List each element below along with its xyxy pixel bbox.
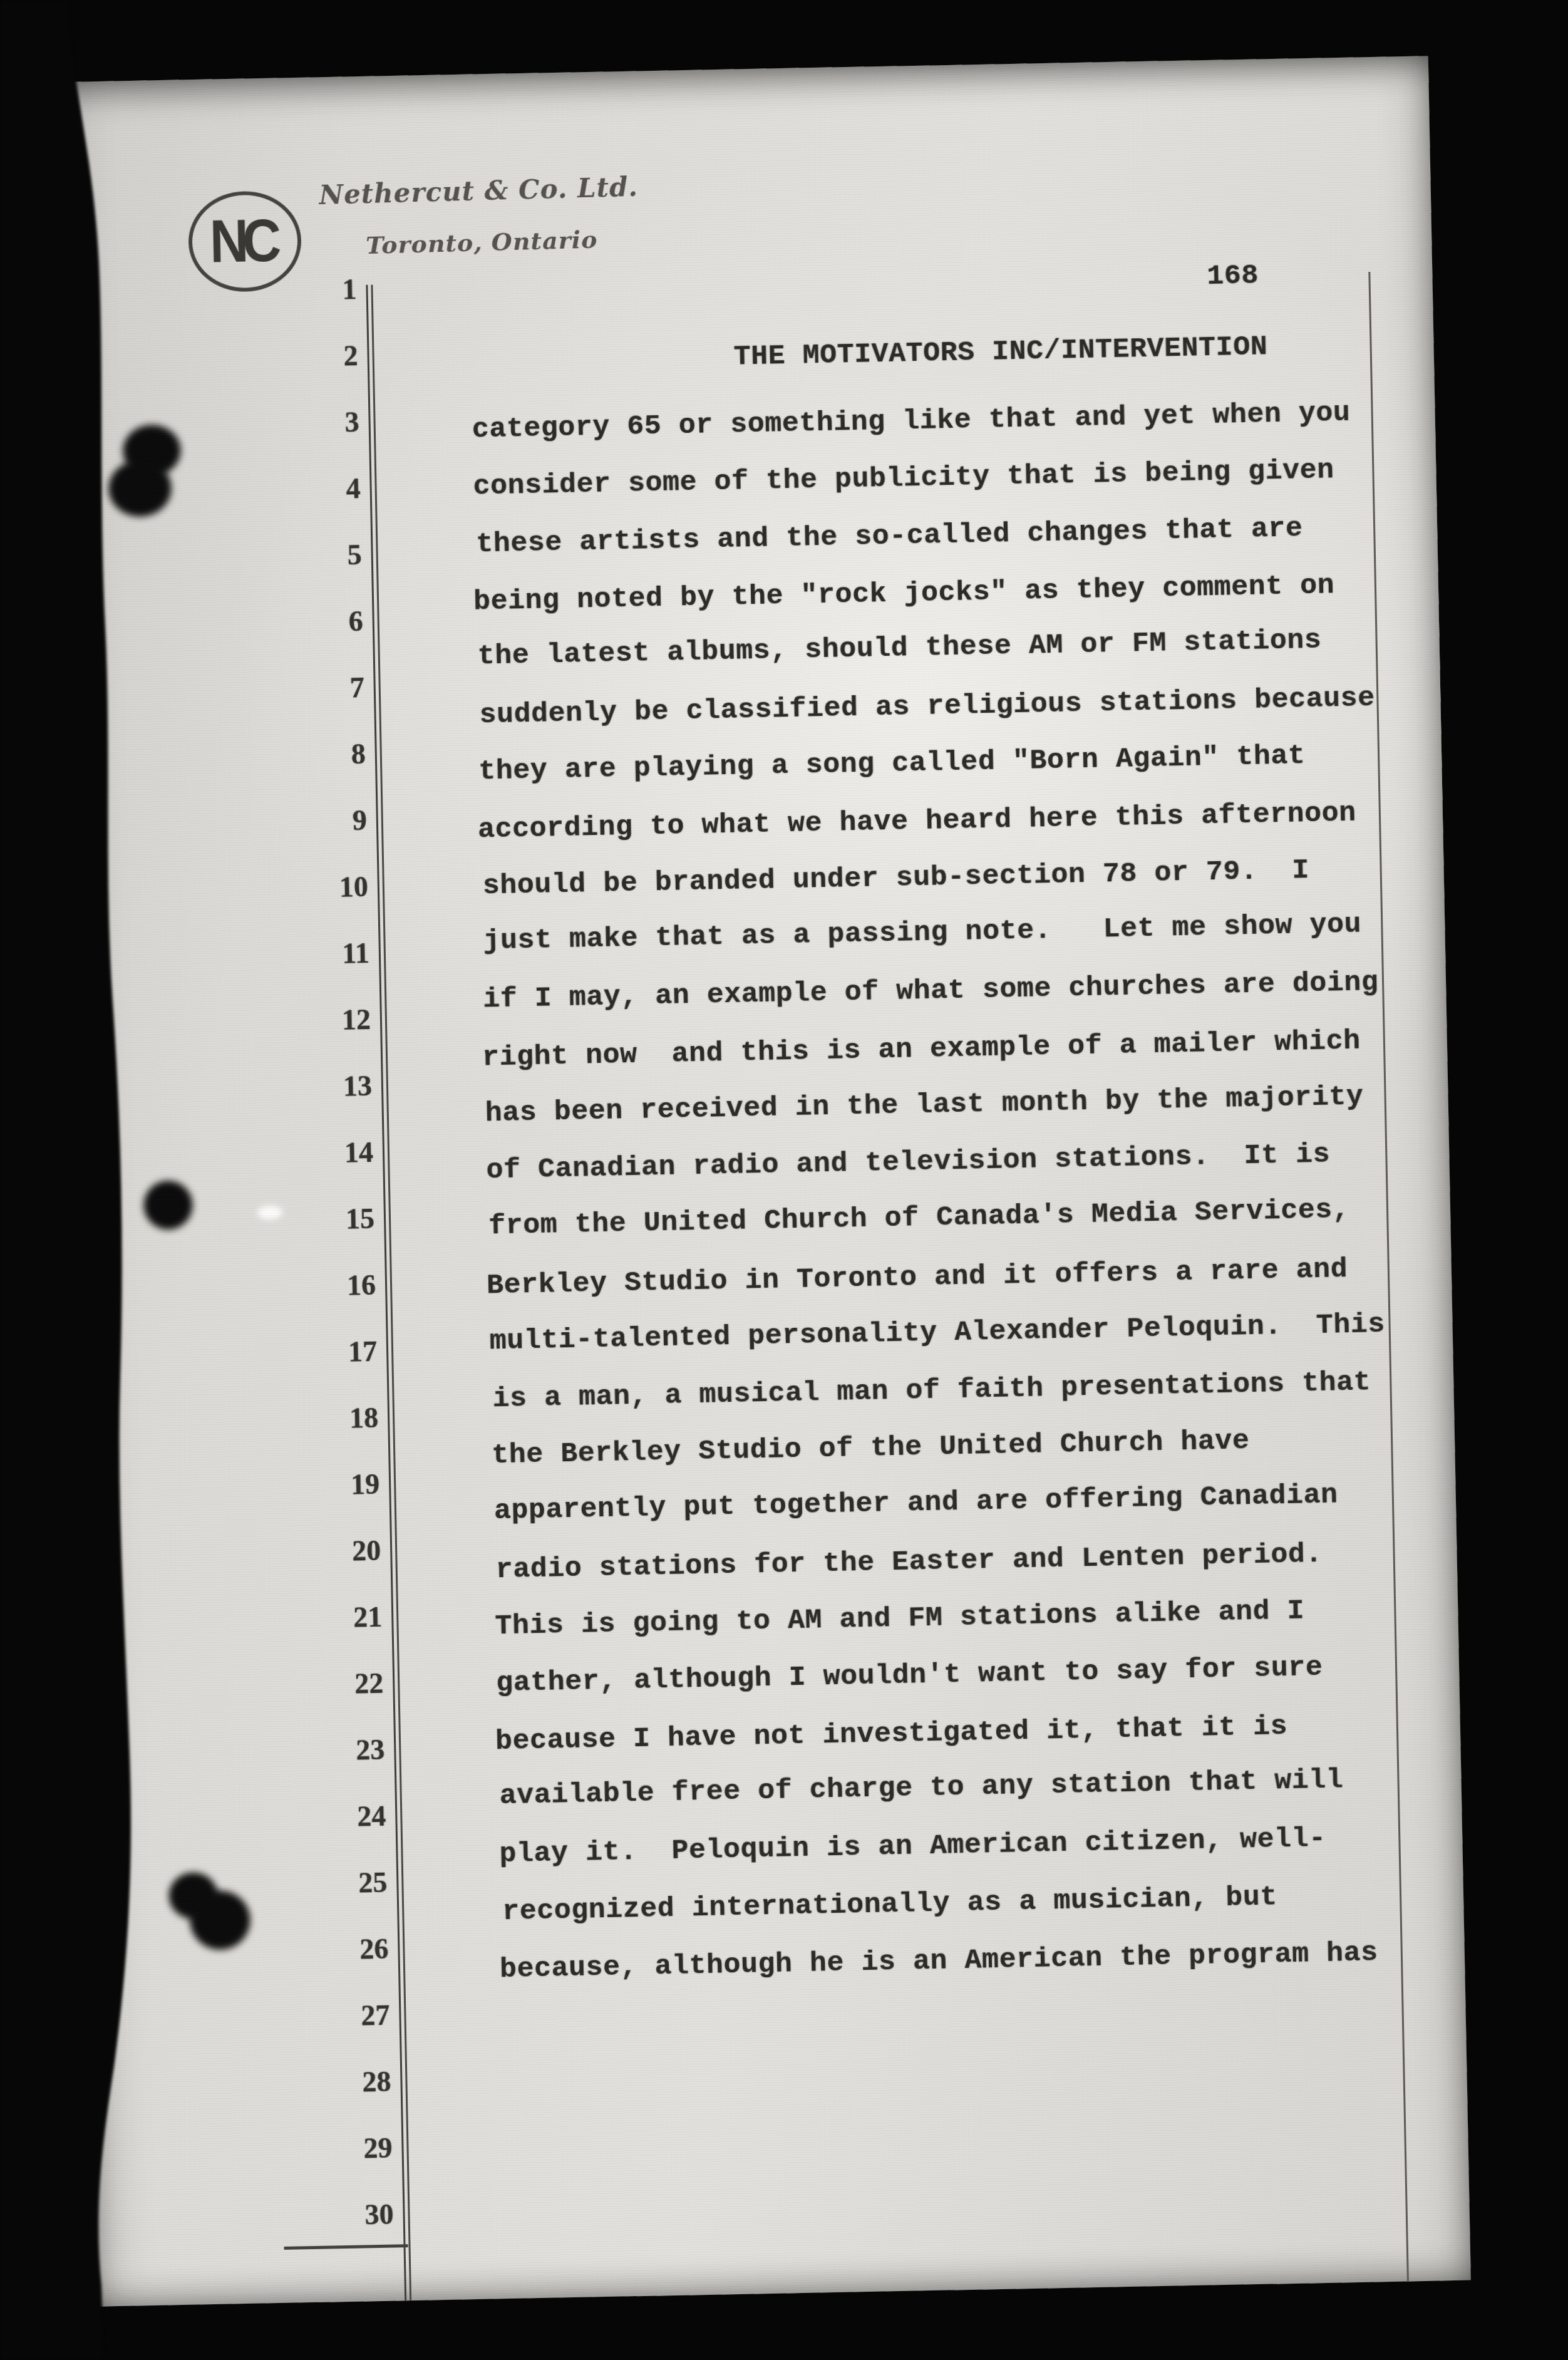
transcript-line: recognized internationally as a musician… (502, 1880, 1278, 1930)
transcript-line: right now and this is an example of a ma… (482, 1024, 1361, 1076)
scanned-transcript-background: NC Nethercut & Co. Ltd. Toronto, Ontario… (0, 0, 1568, 2360)
line-number: 2 (256, 337, 358, 376)
transcript-line: from the United Church of Canada's Media… (488, 1193, 1350, 1244)
line-number: 4 (259, 470, 361, 509)
transcript-line: should be branded under sub-section 78 o… (482, 853, 1309, 904)
line-number: 21 (281, 1598, 383, 1638)
transcript-line: Berkley Studio in Toronto and it offers … (487, 1252, 1348, 1303)
transcript-line: apparently put together and are offering… (494, 1478, 1339, 1529)
transcript-line: radio stations for the Easter and Lenten… (495, 1537, 1323, 1588)
line-number: 27 (288, 1997, 390, 2036)
transcript-line: has been received in the last month by t… (485, 1080, 1364, 1132)
line-number: 19 (278, 1466, 380, 1505)
transcript-title: THE MOTIVATORS INC/INTERVENTION (733, 329, 1268, 375)
page-number: 168 (1207, 258, 1259, 294)
punch-hole-mark (143, 1180, 193, 1229)
transcript-line: consider some of the publicity that is b… (473, 453, 1334, 504)
line-number: 25 (286, 1864, 388, 1903)
line-number: 18 (277, 1399, 379, 1439)
transcript-body: category 65 or something like that and y… (51, 56, 1428, 82)
line-number: 28 (289, 2063, 391, 2103)
line-number: 7 (262, 669, 364, 708)
transcript-line: category 65 or something like that and y… (472, 396, 1351, 448)
company-location: Toronto, Ontario (366, 225, 598, 259)
line-number: 29 (291, 2130, 393, 2169)
transcript-line: play it. Peloquin is an American citizen… (499, 1821, 1326, 1872)
line-number: 3 (257, 403, 359, 443)
transcript-line: the Berkley Studio of the United Church … (492, 1424, 1250, 1473)
line-number: 11 (267, 934, 369, 974)
line-number: 12 (269, 1001, 371, 1040)
line-30-underline (284, 2244, 408, 2250)
line-number: 15 (272, 1200, 374, 1240)
line-number: 23 (283, 1731, 385, 1771)
transcript-line: because, although he is an American the … (500, 1935, 1379, 1987)
line-number: 13 (270, 1067, 372, 1107)
transcript-line: suddenly be classified as religious stat… (479, 681, 1375, 733)
punch-hole-mark (190, 1890, 251, 1950)
line-number: 20 (279, 1532, 381, 1571)
logo-monogram: NC (209, 206, 276, 277)
transcript-line: if I may, an example of what some church… (483, 965, 1379, 1017)
line-number: 6 (261, 603, 363, 642)
transcript-line: This is going to AM and FM stations alik… (495, 1593, 1305, 1644)
transcript-line: multi-talented personality Alexander Pel… (489, 1307, 1385, 1359)
line-number: 30 (292, 2196, 394, 2235)
right-margin-rule (1368, 272, 1409, 2281)
line-number: 1 (255, 271, 357, 310)
line-number: 22 (282, 1665, 384, 1704)
transcript-line: just make that as a passing note. Let me… (483, 908, 1362, 960)
line-number: 8 (264, 735, 366, 775)
line-number: 24 (284, 1798, 386, 1837)
transcript-line: according to what we have heard here thi… (478, 796, 1357, 848)
line-number-column: 1234567891011121314151617181920212223242… (51, 56, 1428, 82)
transcript-line: because I have not investigated it, that… (495, 1709, 1288, 1759)
line-number: 26 (287, 1930, 389, 1970)
transcript-line: they are playing a song called "Born Aga… (478, 738, 1306, 789)
line-number: 16 (274, 1266, 376, 1306)
line-number: 17 (276, 1333, 378, 1372)
transcript-line: these artists and the so-called changes … (476, 511, 1303, 562)
line-number: 9 (265, 802, 367, 841)
transcript-line: of Canadian radio and television station… (486, 1137, 1331, 1189)
transcript-line: the latest albums, should these AM or FM… (477, 623, 1322, 675)
line-number: 14 (271, 1134, 373, 1173)
transcript-page: NC Nethercut & Co. Ltd. Toronto, Ontario… (51, 56, 1471, 2307)
transcript-line: being noted by the "rock jocks" as they … (473, 568, 1335, 619)
transcript-line: gather, although I wouldn't want to say … (496, 1650, 1323, 1701)
transcript-line: available free of charge to any station … (499, 1762, 1344, 1814)
line-number: 5 (260, 536, 362, 576)
company-name: Nethercut & Co. Ltd. (319, 172, 639, 210)
torn-edge (0, 0, 144, 2360)
transcript-line: is a man, a musical man of faith present… (492, 1365, 1371, 1417)
line-number: 10 (266, 868, 368, 908)
